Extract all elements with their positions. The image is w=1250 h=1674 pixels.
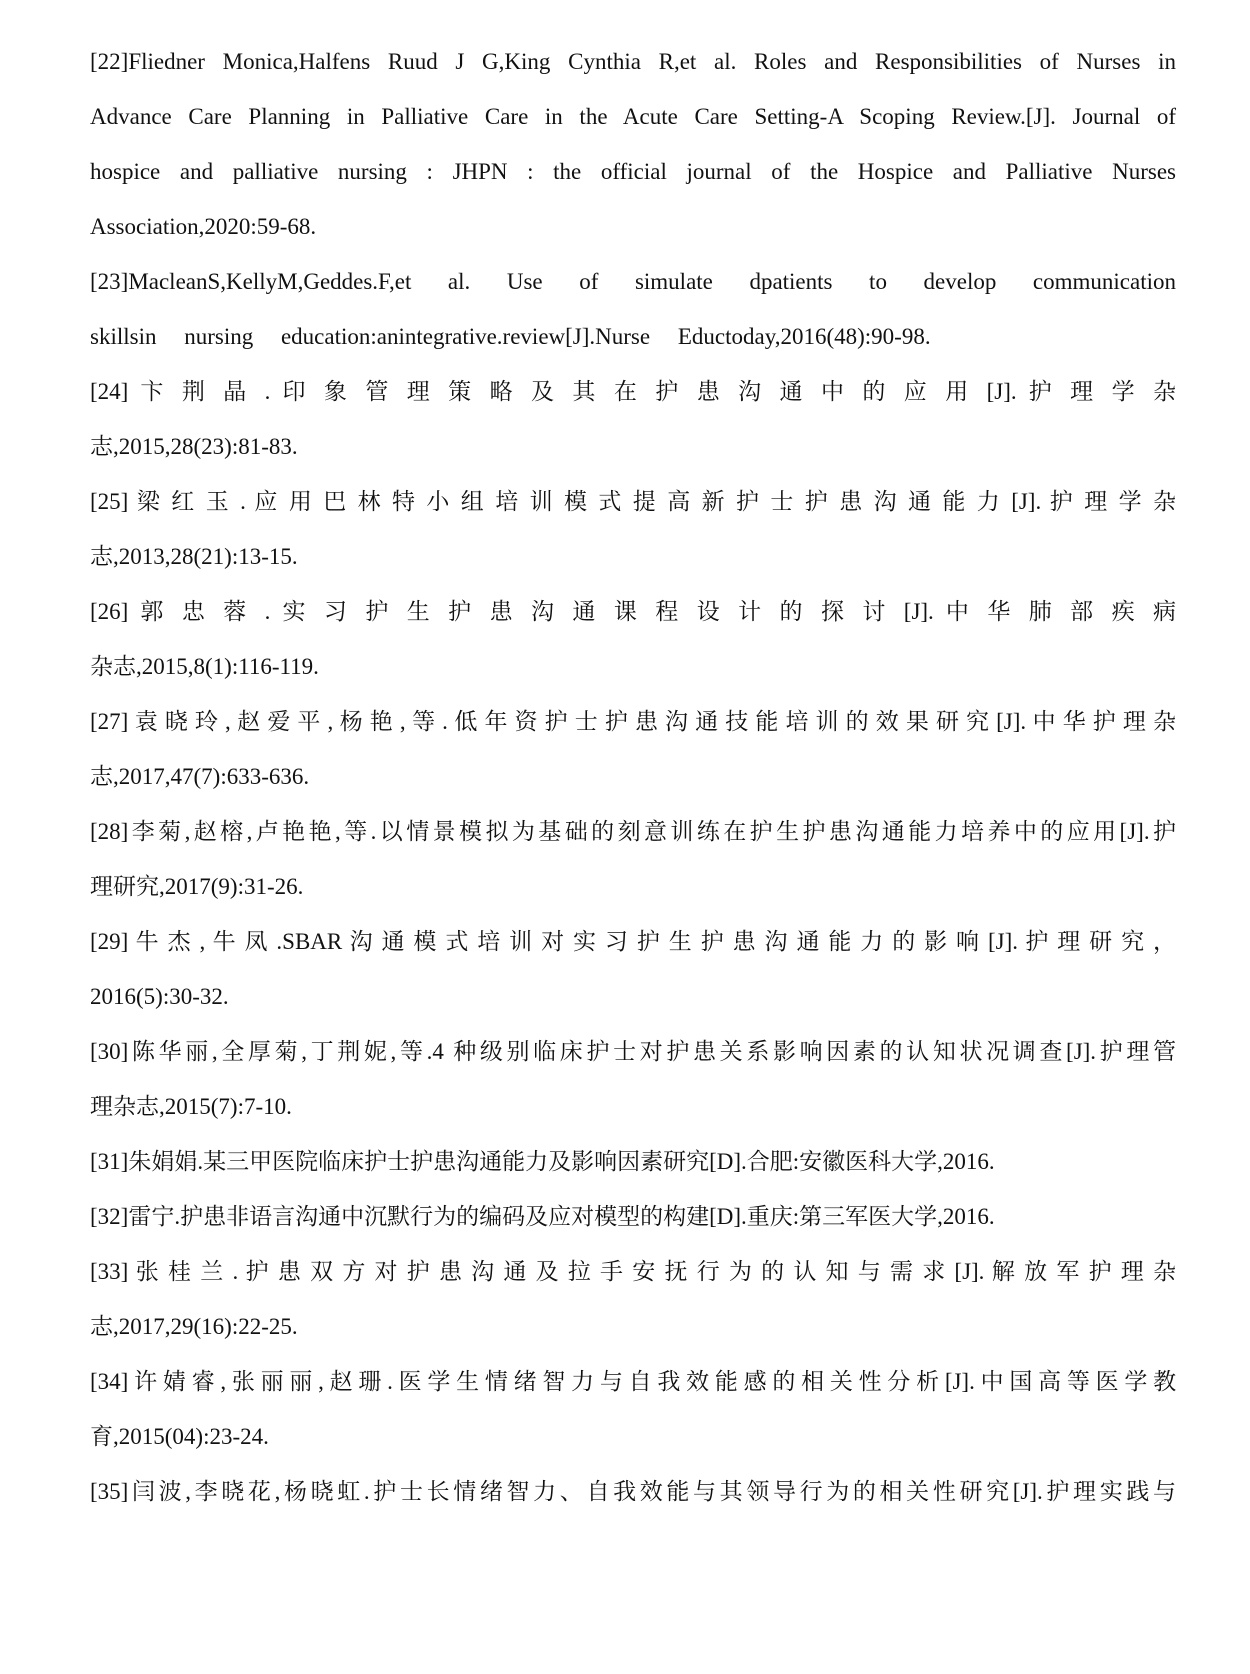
reference-29-line-2: 2016(5):30-32. [90,982,1176,1012]
reference-32-line-1: [32]雷宁.护患非语言沟通中沉默行为的编码及应对模型的构建[D].重庆:第三军… [90,1202,1176,1232]
reference-33-line-2: 志,2017,29(16):22-25. [90,1312,1176,1342]
reference-29-line-1: [29] 牛 杰 , 牛 凤 .SBAR 沟 通 模 式 培 训 对 实 习 护… [90,927,1176,957]
reference-34-line-1: [34] 许 婧 睿 , 张 丽 丽 , 赵 珊 . 医 学 生 情 绪 智 力… [90,1367,1176,1397]
reference-22-line-2: Advance Care Planning in Palliative Care… [90,102,1176,132]
reference-30-line-1: [30]陈华丽,全厚菊,丁荆妮,等.4 种级别临床护士对护患关系影响因素的认知状… [90,1037,1176,1067]
reference-26-line-2: 杂志,2015,8(1):116-119. [90,652,1176,682]
reference-28-line-2: 理研究,2017(9):31-26. [90,872,1176,902]
reference-22-line-4: Association,2020:59-68. [90,212,1176,242]
reference-22-line-3: hospice and palliative nursing : JHPN : … [90,157,1176,187]
reference-26-line-1: [26] 郭 忠 蓉 . 实 习 护 生 护 患 沟 通 课 程 设 计 的 探… [90,597,1176,627]
reference-24-line-1: [24] 卞 荆 晶 . 印 象 管 理 策 略 及 其 在 护 患 沟 通 中… [90,377,1176,407]
reference-33-line-1: [33] 张 桂 兰 . 护 患 双 方 对 护 患 沟 通 及 拉 手 安 抚… [90,1257,1176,1287]
reference-22-line-1: [22]Fliedner Monica,Halfens Ruud J G,Kin… [90,47,1176,77]
reference-34-line-2: 育,2015(04):23-24. [90,1422,1176,1452]
reference-28-line-1: [28]李菊,赵榕,卢艳艳,等.以情景模拟为基础的刻意训练在护生护患沟通能力培养… [90,817,1176,847]
reference-27-line-1: [27] 袁 晓 玲 , 赵 爱 平 , 杨 艳 , 等 . 低 年 资 护 士… [90,707,1176,737]
reference-31-line-1: [31]朱娟娟.某三甲医院临床护士护患沟通能力及影响因素研究[D].合肥:安徽医… [90,1147,1176,1177]
reference-23-line-2: skillsin nursing education:anintegrative… [90,322,1176,352]
reference-25-line-1: [25] 梁 红 玉 . 应 用 巴 林 特 小 组 培 训 模 式 提 高 新… [90,487,1176,517]
reference-35-line-1: [35]闫波,李晓花,杨晓虹.护士长情绪智力、自我效能与其领导行为的相关性研究[… [90,1477,1176,1507]
reference-27-line-2: 志,2017,47(7):633-636. [90,762,1176,792]
reference-23-line-1: [23]MacleanS,KellyM,Geddes.F,et al. Use … [90,267,1176,297]
reference-30-line-2: 理杂志,2015(7):7-10. [90,1092,1176,1122]
reference-25-line-2: 志,2013,28(21):13-15. [90,542,1176,572]
reference-24-line-2: 志,2015,28(23):81-83. [90,432,1176,462]
